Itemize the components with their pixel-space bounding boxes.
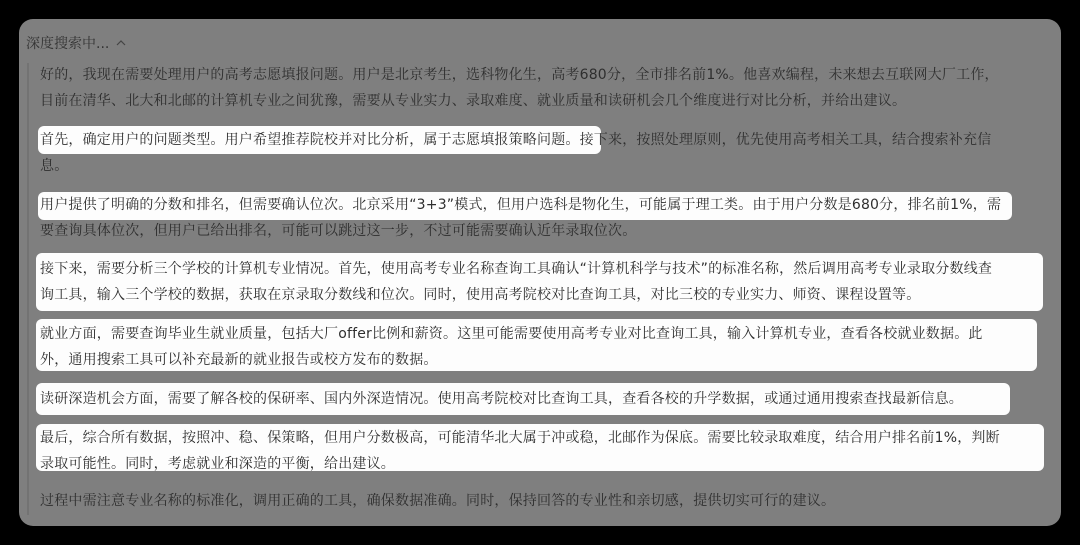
paragraph: 就业方面，需要查询毕业生就业质量，包括大厂offer比例和薪资。这里可能需要使用… <box>40 321 1050 373</box>
paragraph: 过程中需注意专业名称的标准化，调用正确的工具，确保数据准确。同时，保持回答的专业… <box>40 488 1050 514</box>
text-line: 过程中需注意专业名称的标准化，调用正确的工具，确保数据准确。同时，保持回答的专业… <box>40 488 1050 514</box>
paragraph: 接下来，需要分析三个学校的计算机专业情况。首先，使用高考专业名称查询工具确认“计… <box>40 256 1050 308</box>
text-line: 外，通用搜索工具可以补充最新的就业报告或校方发布的数据。 <box>40 347 1050 373</box>
paragraph: 首先，确定用户的问题类型。用户希望推荐院校并对比分析，属于志愿填报策略问题。接下… <box>40 127 1050 179</box>
text-line: 要查询具体位次，但用户已给出排名，可能可以跳过这一步，不过可能需要确认近年录取位… <box>40 218 1050 244</box>
thinking-rule <box>27 63 29 515</box>
text-line: 就业方面，需要查询毕业生就业质量，包括大厂offer比例和薪资。这里可能需要使用… <box>40 321 1050 347</box>
deep-search-toggle[interactable]: 深度搜索中... <box>26 34 127 52</box>
paragraph: 用户提供了明确的分数和排名，但需要确认位次。北京采用“3+3”模式，但用户选科是… <box>40 192 1050 244</box>
text-line: 读研深造机会方面，需要了解各校的保研率、国内外深造情况。使用高考院校对比查询工具… <box>40 386 1050 412</box>
text-line: 询工具，输入三个学校的数据，获取在京录取分数线和位次。同时，使用高考院校对比查询… <box>40 282 1050 308</box>
text-line: 用户提供了明确的分数和排名，但需要确认位次。北京采用“3+3”模式，但用户选科是… <box>40 192 1050 218</box>
text-line: 最后，综合所有数据，按照冲、稳、保策略，但用户分数极高，可能清华北大属于冲或稳，… <box>40 425 1050 451</box>
paragraph: 好的，我现在需要处理用户的高考志愿填报问题。用户是北京考生，选科物化生，高考68… <box>40 62 1050 114</box>
chevron-up-icon[interactable] <box>115 37 127 49</box>
deep-search-panel: 深度搜索中... 好的，我现在需要处理用户的高考志愿填报问题。用户是北京考生，选… <box>19 19 1061 526</box>
paragraph: 读研深造机会方面，需要了解各校的保研率、国内外深造情况。使用高考院校对比查询工具… <box>40 386 1050 412</box>
text-line: 息。 <box>40 153 1050 179</box>
text-line: 接下来，需要分析三个学校的计算机专业情况。首先，使用高考专业名称查询工具确认“计… <box>40 256 1050 282</box>
paragraph: 最后，综合所有数据，按照冲、稳、保策略，但用户分数极高，可能清华北大属于冲或稳，… <box>40 425 1050 477</box>
text-line: 目前在清华、北大和北邮的计算机专业之间犹豫，需要从专业实力、录取难度、就业质量和… <box>40 88 1050 114</box>
text-line: 首先，确定用户的问题类型。用户希望推荐院校并对比分析，属于志愿填报策略问题。接下… <box>40 127 1050 153</box>
deep-search-title: 深度搜索中... <box>26 33 109 53</box>
text-line: 好的，我现在需要处理用户的高考志愿填报问题。用户是北京考生，选科物化生，高考68… <box>40 62 1050 88</box>
text-line: 录取可能性。同时，考虑就业和深造的平衡，给出建议。 <box>40 451 1050 477</box>
